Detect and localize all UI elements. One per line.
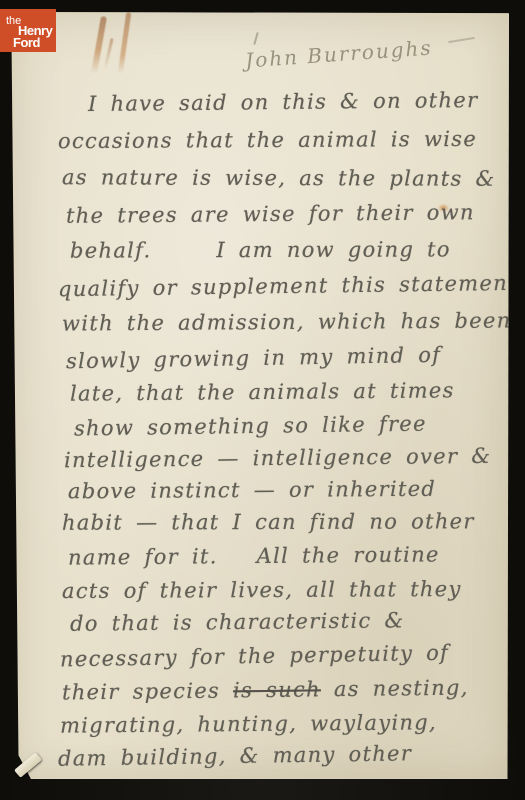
manuscript-line: show something so like free (74, 414, 427, 440)
handwritten-text: I have said on this & on other (88, 88, 479, 116)
manuscript-line: as nature is wise, as the plants & (62, 167, 496, 190)
manuscript-line: acts of their lives, all that they (62, 579, 462, 602)
handwritten-text: necessary for the perpetuity of (60, 641, 450, 672)
manuscript-line: behalf. I am now going to (70, 239, 451, 261)
manuscript-line: their species is such as nesting, (62, 678, 469, 704)
manuscript-line: habit — that I can find no other (62, 511, 475, 533)
handwritten-text: acts of their lives, all that they (62, 577, 462, 603)
manuscript-line: intelligence — intelligence over & (64, 446, 491, 471)
handwritten-text: with the admission, which has been (62, 308, 512, 335)
handwritten-text: as nature is wise, as the plants & (62, 165, 496, 191)
photograph-background: John Burroughs I have said on this & on … (0, 0, 525, 800)
manuscript-line: slowly growing in my mind of (66, 345, 442, 373)
manuscript-lines: I have said on this & on otheroccasions … (10, 12, 509, 779)
struck-text: is such (233, 677, 321, 702)
manuscript-line: dam building, & many other (58, 743, 412, 770)
manuscript-line: name for it. All the routine (68, 544, 440, 568)
manuscript-line: occasions that the animal is wise (58, 129, 477, 152)
handwritten-text: do that is characteristic & (70, 608, 405, 636)
manuscript-line: I have said on this & on other (88, 90, 479, 115)
handwritten-text: their species (62, 678, 233, 704)
handwritten-text: show something so like free (74, 412, 427, 441)
manuscript-line: late, that the animals at times (70, 380, 455, 404)
handwritten-text: behalf. I am now going to (70, 237, 451, 262)
manuscript-line: above instinct — or inherited (68, 479, 436, 503)
manuscript-page: John Burroughs I have said on this & on … (10, 12, 509, 779)
handwritten-text: intelligence — intelligence over & (64, 444, 491, 472)
handwritten-text: the trees are wise for their own (66, 200, 475, 228)
manuscript-line: do that is characteristic & (70, 610, 405, 635)
handwritten-text: occasions that the animal is wise (58, 127, 477, 153)
handwritten-text: dam building, & many other (58, 741, 413, 771)
handwritten-text: name for it. All the routine (68, 542, 440, 569)
handwritten-text: late, that the animals at times (70, 378, 455, 405)
manuscript-line: the trees are wise for their own (66, 202, 475, 227)
handwritten-text: slowly growing in my mind of (66, 343, 442, 374)
handwritten-text: above instinct — or inherited (68, 477, 436, 504)
manuscript-line: necessary for the perpetuity of (60, 643, 449, 671)
logo-text-ford: Ford (13, 35, 40, 50)
handwritten-text: as nesting, (321, 676, 469, 702)
handwritten-text: migrating, hunting, waylaying, (60, 710, 437, 737)
manuscript-line: qualify or supplement this statement (58, 273, 518, 300)
manuscript-line: with the admission, which has been (62, 310, 512, 334)
manuscript-line: migrating, hunting, waylaying, (60, 712, 437, 736)
handwritten-text: habit — that I can find no other (62, 509, 475, 534)
henry-ford-logo: the Henry Ford (0, 9, 56, 52)
handwritten-text: qualify or supplement this statement (58, 271, 518, 301)
